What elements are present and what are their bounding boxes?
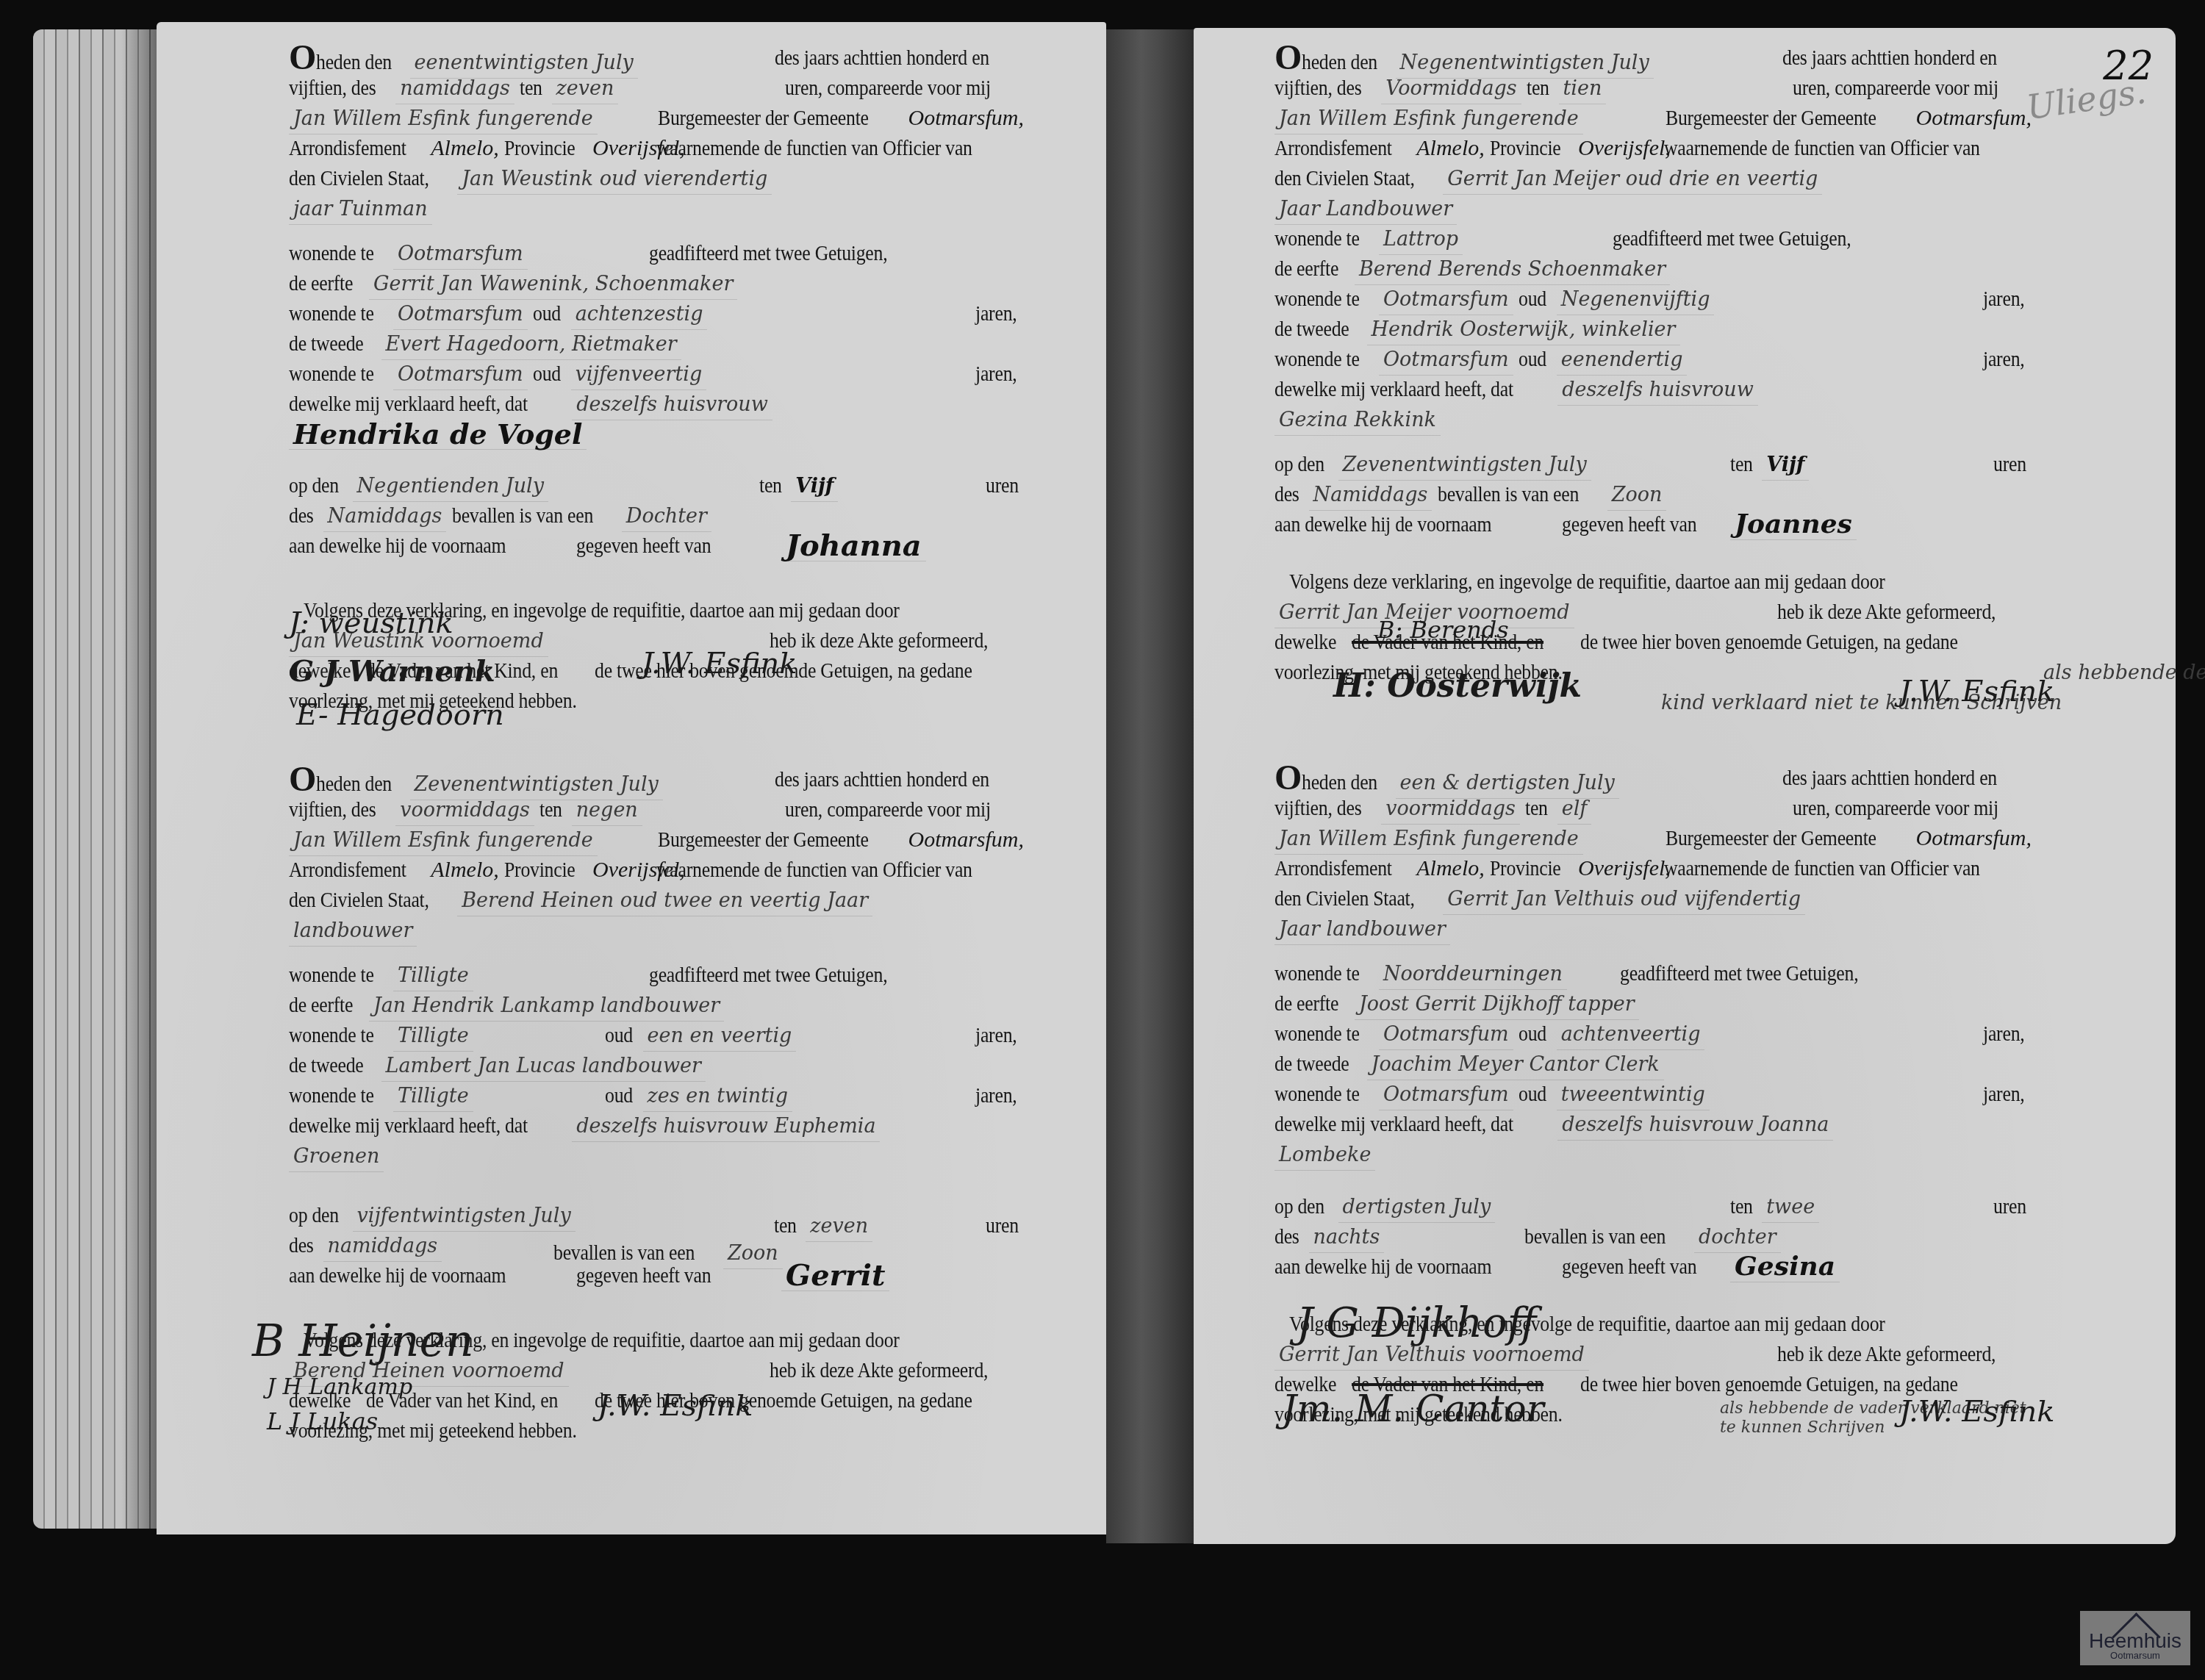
printed-text: de tweede [1274, 314, 1349, 344]
statement: deszelfs huisvrouw [1557, 375, 1758, 406]
child-sex: dochter [1694, 1222, 1781, 1253]
birth-date: vijfentwintigsten July [353, 1201, 576, 1232]
declarant-occupation: landbouwer [289, 916, 417, 947]
printed-text: dewelke mij verklaard heeft, dat [289, 1110, 528, 1141]
printed-text: oud [1519, 344, 1546, 374]
printed-text: des [1274, 1221, 1299, 1252]
printed-text: oud [533, 298, 561, 329]
drop-cap: O [1274, 758, 1302, 797]
printed-text: des jaars achttien honderd en [775, 764, 989, 794]
child-name: Joannes [1730, 509, 1857, 540]
child-sex: Zoon [1607, 480, 1667, 511]
child-sex: Dochter [622, 501, 711, 532]
printed-text: aan dewelke hij de voornaam [1274, 509, 1491, 539]
printed-text: wonende te [289, 298, 374, 329]
residence: Ootmarsfum [393, 239, 528, 270]
printed-text: op den [289, 470, 339, 500]
witness-2: Evert Hagedoorn, Rietmaker [381, 329, 681, 360]
printed-text: jaren, [975, 1020, 1017, 1050]
printed-text: wonende te [1274, 1019, 1360, 1049]
printed-text: den Civielen Staat, [1274, 883, 1415, 913]
residence: Noorddeurningen [1379, 959, 1567, 990]
signature-official: J.W. Esfink [642, 647, 797, 681]
declarant-occupation: Jaar Landbouwer [1274, 194, 1457, 225]
drop-cap: O [289, 38, 316, 77]
birth-date: Zevenentwintigsten July [1338, 450, 1591, 481]
declarant: Gerrit Jan Meijer oud drie en veertig [1443, 164, 1822, 195]
printed-text: Arrondisfement [289, 133, 406, 163]
birth-daypart: Namiddags [323, 501, 447, 532]
printed-text: jaren, [1983, 1019, 2024, 1049]
witness-2: Lambert Jan Lucas landbouwer [381, 1051, 706, 1082]
printed-text: heb ik deze Akte geformeerd, [1777, 597, 1996, 627]
printed-text: Arrondisfement [1274, 853, 1392, 883]
mother-name: Gezina Rekkink [1274, 405, 1441, 436]
birth-daypart: nachts [1309, 1222, 1385, 1253]
printed-text: jaren, [1983, 1079, 2024, 1109]
witness-1: Gerrit Jan Wawenink, Schoenmaker [369, 269, 737, 300]
printed-text: wonende te [289, 359, 374, 389]
book-spine-page-edges [33, 29, 158, 1529]
printed-text: heb ik deze Akte geformeerd, [770, 1355, 988, 1385]
residence: Tilligte [393, 961, 473, 991]
printed-text: jaren, [1983, 284, 2024, 314]
arrondissement: Almelo, [431, 858, 498, 882]
printed-text: den Civielen Staat, [1274, 163, 1415, 193]
birth-daypart: Namiddags [1309, 480, 1433, 511]
drop-cap: O [1274, 38, 1302, 77]
printed-text: waarnemende de functien van Officier van [1664, 853, 1980, 883]
printed-text: ten [1730, 449, 1753, 479]
printed-text: oud [1519, 1019, 1546, 1049]
signature-official: J.W. Esfink [598, 1389, 753, 1423]
printed-text: des jaars achttien honderd en [775, 43, 989, 73]
statement: deszelfs huisvrouw Joanna [1557, 1110, 1833, 1141]
printed-text: oud [1519, 1079, 1546, 1109]
child-name: Gesina [1730, 1252, 1840, 1282]
witness-2-age: vijfenveertig [571, 359, 707, 390]
house-roof-icon [2113, 1614, 2157, 1636]
statement: deszelfs huisvrouw Euphemia [572, 1111, 880, 1142]
municipality: Ootmarsfum, [1915, 826, 2032, 850]
printed-text: oud [533, 359, 561, 389]
municipality: Ootmarsfum, [908, 828, 1024, 852]
printed-text: bevallen is van een [452, 500, 593, 531]
printed-text: waarnemende de functien van Officier van [656, 855, 972, 885]
printed-text: geadfifteerd met twee Getuigen, [649, 238, 887, 268]
official-name: Jan Willem Esfink fungerende [289, 104, 598, 134]
printed-text: uren, compareerde voor mij [1793, 73, 1998, 103]
printed-text: des jaars achttien honderd en [1782, 43, 1997, 73]
printed-text: Burgemeester der Gemeente [658, 825, 869, 855]
printed-text: op den [289, 1200, 339, 1230]
birth-hour: twee [1762, 1192, 1819, 1223]
printed-text: de eerfte [1274, 254, 1338, 284]
birth-hour: Vijf [1762, 450, 1809, 481]
printed-text: aan dewelke hij de voornaam [289, 531, 506, 561]
printed-text: ten [759, 470, 782, 500]
birth-date: dertigsten July [1338, 1192, 1496, 1223]
signature-official: J.W. Esfink [1899, 1395, 2055, 1429]
printed-text: vijftien, des [1274, 793, 1361, 823]
printed-text: Burgemeester der Gemeente [1666, 103, 1876, 133]
signature-official: J.W. Esfink [1899, 675, 2055, 708]
child-name: Gerrit [781, 1260, 889, 1291]
arrondissement: Almelo, [431, 136, 498, 160]
signature: J: weustink [289, 606, 453, 640]
right-page: 22 Uliegs. Oheden den Negenentwintigsten… [1194, 28, 2176, 1544]
printed-text: wonende te [289, 1020, 374, 1050]
printed-text: Arrondisfement [289, 855, 406, 885]
witness-1-age: Negenenvijftig [1557, 284, 1715, 315]
witness-1-residence: Ootmarsfum [393, 299, 528, 330]
witness-1: Berend Berends Schoenmaker [1355, 254, 1670, 285]
witness-1-residence: Tilligte [393, 1021, 473, 1052]
witness-1-age: achtenveertig [1557, 1019, 1705, 1050]
printed-text: oud [1519, 284, 1546, 314]
act-daypart: voormiddags [1381, 794, 1520, 825]
printed-text: gegeven heeft van [1562, 1252, 1696, 1282]
mother-name: Lombeke [1274, 1140, 1375, 1171]
municipality: Ootmarsfum, [908, 106, 1024, 130]
witness-1-residence: Ootmarsfum [1379, 284, 1513, 315]
printed-text: wonende te [289, 238, 374, 268]
left-page: Oheden den eenentwintigsten Julydes jaar… [157, 22, 1106, 1534]
declarant: Gerrit Jan Velthuis oud vijfendertig [1443, 884, 1805, 915]
printed-text: geadfifteerd met twee Getuigen, [1620, 958, 1858, 988]
witness-1: Jan Hendrik Lankamp landbouwer [369, 991, 724, 1022]
witness-1: Joost Gerrit Dijkhoff tapper [1355, 989, 1639, 1020]
margin-annotation: Uliegs. [2024, 71, 2148, 127]
printed-text: waarnemende de functien van Officier van [1664, 133, 1980, 163]
printed-text: de eerfte [289, 990, 353, 1020]
mother-name: Groenen [289, 1141, 384, 1172]
printed-text: geadfifteerd met twee Getuigen, [649, 960, 887, 990]
printed-text: uren, compareerde voor mij [785, 794, 991, 825]
printed-text: uren, compareerde voor mij [1793, 793, 1998, 823]
printed-text: Volgens deze verklaring, en ingevolge de… [1289, 567, 1885, 597]
province: Overijsfel, [1578, 856, 1671, 880]
printed-text: uren [1993, 449, 2026, 479]
signature: B Heijnen [252, 1315, 474, 1367]
act-hour: negen [572, 795, 642, 826]
printed-text: aan dewelke hij de voornaam [289, 1260, 506, 1290]
printed-text: Burgemeester der Gemeente [1666, 823, 1876, 853]
arrondissement: Almelo, [1416, 136, 1484, 160]
signature: J G Dijkhoff [1297, 1299, 1536, 1347]
printed-text: Burgemeester der Gemeente [658, 103, 869, 133]
drop-cap: O [289, 760, 316, 799]
printed-text: vijftien, des [1274, 73, 1361, 103]
declarant-occupation: jaar Tuinman [289, 194, 432, 225]
witness-2-residence: Tilligte [393, 1081, 473, 1112]
printed-text: heb ik deze Akte geformeerd, [1777, 1339, 1996, 1369]
printed-text: de tweede [289, 1050, 364, 1080]
official-name: Jan Willem Esfink fungerende [1274, 104, 1583, 134]
printed-text: op den [1274, 1191, 1324, 1221]
printed-text: Arrondisfement [1274, 133, 1392, 163]
printed-text: bevallen is van een [1438, 479, 1579, 509]
printed-text: des [289, 1230, 314, 1260]
witness-1-age: een en veertig [643, 1021, 797, 1052]
witness-1-age: achtenzestig [571, 299, 708, 330]
declarant-occupation: Jaar landbouwer [1274, 914, 1450, 945]
act-hour: tien [1559, 73, 1607, 104]
printed-text: uren, compareerde voor mij [785, 73, 991, 103]
printed-text: de eerfte [289, 268, 353, 298]
printed-text: dewelke mij verklaard heeft, dat [1274, 374, 1513, 404]
printed-text: gegeven heeft van [1562, 509, 1696, 539]
signature: L J Lukas [267, 1407, 378, 1435]
printed-text: uren [1993, 1191, 2026, 1221]
printed-text: dewelke [1274, 627, 1336, 657]
printed-text: wonende te [1274, 958, 1360, 988]
printed-text: bevallen is van een [1524, 1221, 1666, 1252]
signature: Jm. M. Cantor [1282, 1388, 1544, 1430]
printed-text: geadfifteerd met twee Getuigen, [1613, 223, 1851, 254]
printed-text: de tweede [1274, 1049, 1349, 1079]
printed-text: des jaars achttien honderd en [1782, 763, 1997, 793]
witness-2-residence: Ootmarsfum [1379, 345, 1513, 376]
birth-hour: Vijf [791, 471, 838, 502]
birth-daypart: namiddags [323, 1231, 442, 1262]
arrondissement: Almelo, [1416, 856, 1484, 880]
official-name: Jan Willem Esfink fungerende [1274, 824, 1583, 855]
printed-text: uren [986, 470, 1019, 500]
printed-text: de tweede [289, 329, 364, 359]
printed-text: dewelke mij verklaard heeft, dat [1274, 1109, 1513, 1139]
act-daypart: namiddags [395, 73, 514, 104]
book-gutter [1106, 29, 1194, 1543]
printed-text: jaren, [975, 1080, 1017, 1110]
witness-2: Joachim Meyer Cantor Clerk [1367, 1049, 1664, 1080]
printed-text: jaren, [1983, 344, 2024, 374]
printed-text: gegeven heeft van [576, 531, 711, 561]
printed-text: den Civielen Staat, [289, 163, 429, 193]
printed-text: des [1274, 479, 1299, 509]
printed-text: wonende te [1274, 344, 1360, 374]
printed-text: dewelke mij verklaard heeft, dat [289, 389, 528, 419]
printed-text: Provincie [1490, 853, 1561, 883]
printed-text: jaren, [975, 359, 1017, 389]
printed-text: jaren, [975, 298, 1017, 329]
printed-text: waarnemende de functien van Officier van [656, 133, 972, 163]
printed-text: Provincie [504, 133, 576, 163]
printed-text: op den [1274, 449, 1324, 479]
declarant: Berend Heinen oud twee en veertig Jaar [457, 886, 872, 916]
printed-text: heb ik deze Akte geformeerd, [770, 625, 988, 656]
signature: G J Warnenk [289, 654, 495, 689]
statement: deszelfs huisvrouw [572, 390, 772, 420]
printed-text: de eerfte [1274, 988, 1338, 1019]
mother-name: Hendrika de Vogel [289, 419, 587, 450]
printed-text: Provincie [504, 855, 576, 885]
printed-text: aan dewelke hij de voornaam [1274, 1252, 1491, 1282]
witness-2: Hendrik Oosterwijk, winkelier [1367, 315, 1680, 345]
official-name: Jan Willem Esfink fungerende [289, 825, 598, 856]
child-name: Johanna [781, 531, 926, 561]
witness-1-residence: Ootmarsfum [1379, 1019, 1513, 1050]
printed-text: ten [1525, 793, 1548, 823]
act-daypart: Voormiddags [1381, 73, 1521, 104]
printed-text: gegeven heeft van [576, 1260, 711, 1290]
province: Overijsfel, [1578, 136, 1671, 160]
printed-text: ten [520, 73, 542, 103]
printed-text: oud [605, 1020, 633, 1050]
witness-2-residence: Ootmarsfum [393, 359, 528, 390]
printed-text: wonende te [1274, 223, 1360, 254]
printed-text: de twee hier boven genoemde Getuigen, na… [1580, 627, 1958, 657]
municipality: Ootmarsfum, [1915, 106, 2032, 130]
printed-text: ten [1730, 1191, 1753, 1221]
witness-2-age: tweeentwintig [1557, 1080, 1710, 1110]
printed-text: oud [605, 1080, 633, 1110]
printed-text: ten [1527, 73, 1549, 103]
printed-text: vijftien, des [289, 794, 376, 825]
act-hour: elf [1557, 794, 1592, 825]
witness-2-residence: Ootmarsfum [1379, 1080, 1513, 1110]
residence: Lattrop [1379, 224, 1463, 255]
printed-text: den Civielen Staat, [289, 885, 429, 915]
act-daypart: voormiddags [395, 795, 534, 826]
declarant: Jan Weustink oud vierendertig [457, 164, 772, 195]
act-hour: zeven [552, 73, 619, 104]
printed-text: vijftien, des [289, 73, 376, 103]
signature: H: Oosterwijk [1333, 667, 1582, 705]
printed-text: Provincie [1490, 133, 1561, 163]
printed-text: wonende te [1274, 1079, 1360, 1109]
printed-text: ten [539, 794, 562, 825]
signature: B: Berends [1377, 616, 1509, 644]
printed-text: des [289, 500, 314, 531]
printed-text: wonende te [289, 1080, 374, 1110]
birth-date: Negentienden July [353, 471, 548, 502]
signature: J H Lankamp [267, 1374, 412, 1400]
signature: E- Hagedoorn [296, 698, 504, 732]
witness-2-age: zes en twintig [643, 1081, 792, 1112]
witness-2-age: eenendertig [1557, 345, 1688, 376]
heemhuis-watermark-logo: Heemhuis Ootmarsum [2080, 1611, 2190, 1665]
printed-text: wonende te [1274, 284, 1360, 314]
printed-text: wonende te [289, 960, 374, 990]
